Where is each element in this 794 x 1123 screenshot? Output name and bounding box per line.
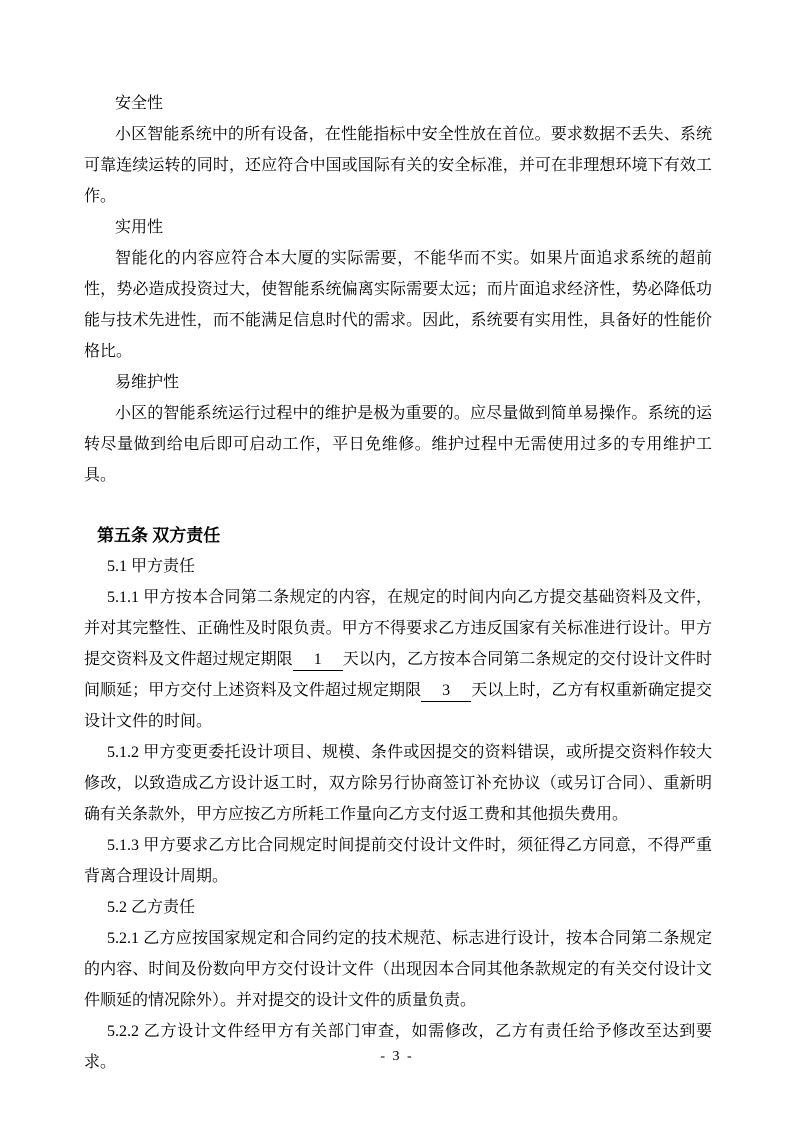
article-5-heading: 第五条 双方责任 [84,520,712,551]
paragraph-practicality: 智能化的内容应符合本大厦的实际需要，不能华而不实。如果片面追求系统的超前性，势必… [84,243,712,367]
clause-5-2-heading: 5.2 乙方责任 [84,892,712,923]
paragraph-maintainability: 小区的智能系统运行过程中的维护是极为重要的。应尽量做到简单易操作。系统的运转尽量… [84,398,712,491]
clause-5-2-2: 5.2.2 乙方设计文件经甲方有关部门审查，如需修改，乙方有责任给予修改至达到要… [84,1016,712,1078]
clause-5-1-heading: 5.1 甲方责任 [84,551,712,582]
clause-5-2-1: 5.2.1 乙方应按国家规定和合同约定的技术规范、标志进行设计，按本合同第二条规… [84,923,712,1016]
paragraph-security: 小区智能系统中的所有设备，在性能指标中安全性放在首位。要求数据不丢失、系统可靠连… [84,119,712,212]
document-content: 安全性 小区智能系统中的所有设备，在性能指标中安全性放在首位。要求数据不丢失、系… [84,88,712,1078]
clause-5-1-1: 5.1.1 甲方按本合同第二条规定的内容，在规定的时间内向乙方提交基础资料及文件… [84,582,712,737]
page-number: - 3 - [0,1049,794,1065]
clause-5-1-3: 5.1.3 甲方要求乙方比合同规定时间提前交付设计文件时，须征得乙方同意，不得严… [84,830,712,892]
section-heading-practicality: 实用性 [84,212,712,243]
clause-5-1-2: 5.1.2 甲方变更委托设计项目、规模、条件或因提交的资料错误，或所提交资料作较… [84,737,712,830]
section-heading-security: 安全性 [84,88,712,119]
fill-in-blank-days-2: 3 [421,681,471,702]
fill-in-blank-days-1: 1 [293,650,343,671]
document-page: 安全性 小区智能系统中的所有设备，在性能指标中安全性放在首位。要求数据不丢失、系… [0,0,794,1123]
section-heading-maintainability: 易维护性 [84,367,712,398]
